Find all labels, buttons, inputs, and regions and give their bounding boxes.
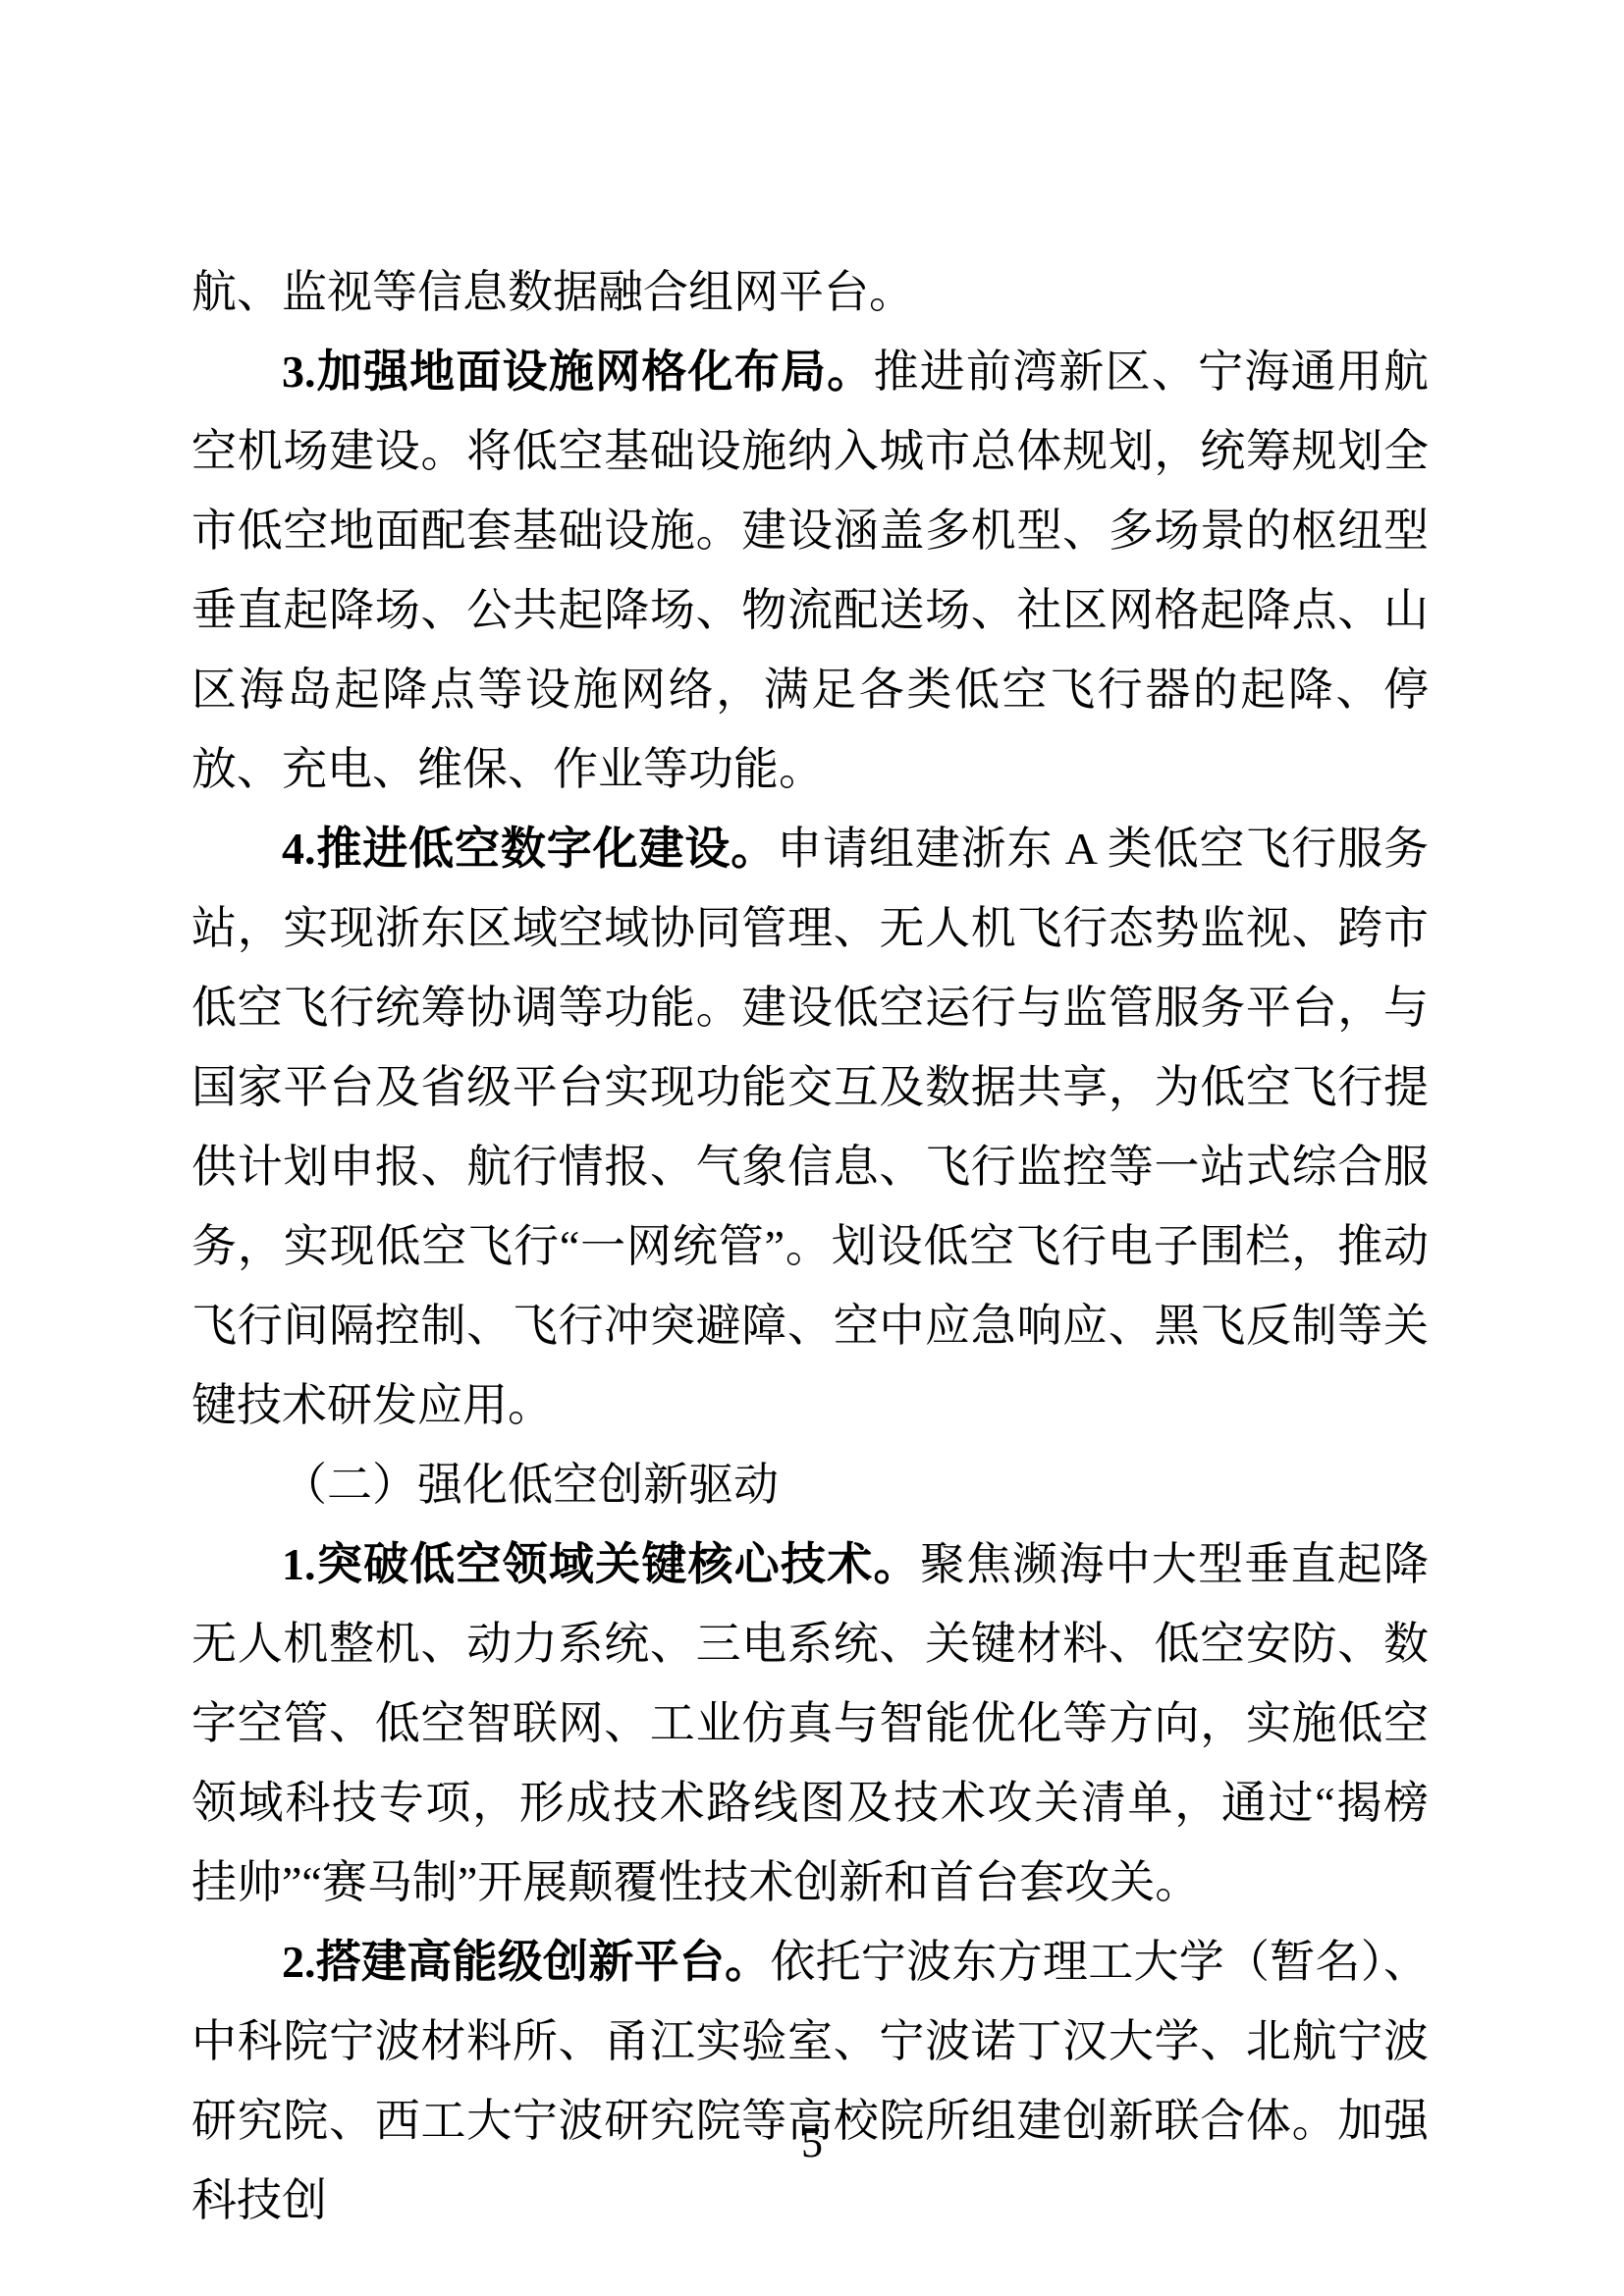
bold-lead-run: 2.搭建高能级创新平台。 (282, 1937, 770, 1987)
document-page: 航、监视等信息数据融合组网平台。3.加强地面设施网格化布局。推进前湾新区、宁海通… (0, 0, 1624, 2296)
para-section-heading-2: （二）强化低空创新驱动 (191, 1445, 1429, 1524)
bold-lead-run: 4.推进低空数字化建设。 (282, 824, 777, 874)
para-continuation: 航、监视等信息数据融合组网平台。 (191, 252, 1429, 332)
text-run: （二）强化低空创新驱动 (282, 1460, 779, 1510)
bold-lead-run: 3.加强地面设施网格化布局。 (282, 347, 873, 397)
text-run: 聚焦濒海中大型垂直起降无人机整机、动力系统、三电系统、关键材料、低空安防、数字空… (191, 1539, 1429, 1907)
text-run: 申请组建浙东 A 类低空飞行服务站，实现浙东区域空域协同管理、无人机飞行态势监视… (191, 824, 1429, 1430)
para-item-1-core-technology: 1.突破低空领域关键核心技术。聚焦濒海中大型垂直起降无人机整机、动力系统、三电系… (191, 1524, 1429, 1922)
para-item-4-digitalization: 4.推进低空数字化建设。申请组建浙东 A 类低空飞行服务站，实现浙东区域空域协同… (191, 809, 1429, 1445)
document-body: 航、监视等信息数据融合组网平台。3.加强地面设施网格化布局。推进前湾新区、宁海通… (191, 252, 1429, 2240)
page-footer: 5 (0, 2115, 1624, 2170)
text-run: 推进前湾新区、宁海通用航空机场建设。将低空基础设施纳入城市总体规划，统筹规划全市… (191, 347, 1429, 794)
bold-lead-run: 1.突破低空领域关键核心技术。 (282, 1539, 920, 1589)
page-number: 5 (801, 2115, 823, 2170)
para-item-2-innovation-platform: 2.搭建高能级创新平台。依托宁波东方理工大学（暂名）、中科院宁波材料所、甬江实验… (191, 1922, 1429, 2240)
text-run: 航、监视等信息数据融合组网平台。 (191, 267, 914, 317)
para-item-3-ground-facilities: 3.加强地面设施网格化布局。推进前湾新区、宁海通用航空机场建设。将低空基础设施纳… (191, 332, 1429, 809)
